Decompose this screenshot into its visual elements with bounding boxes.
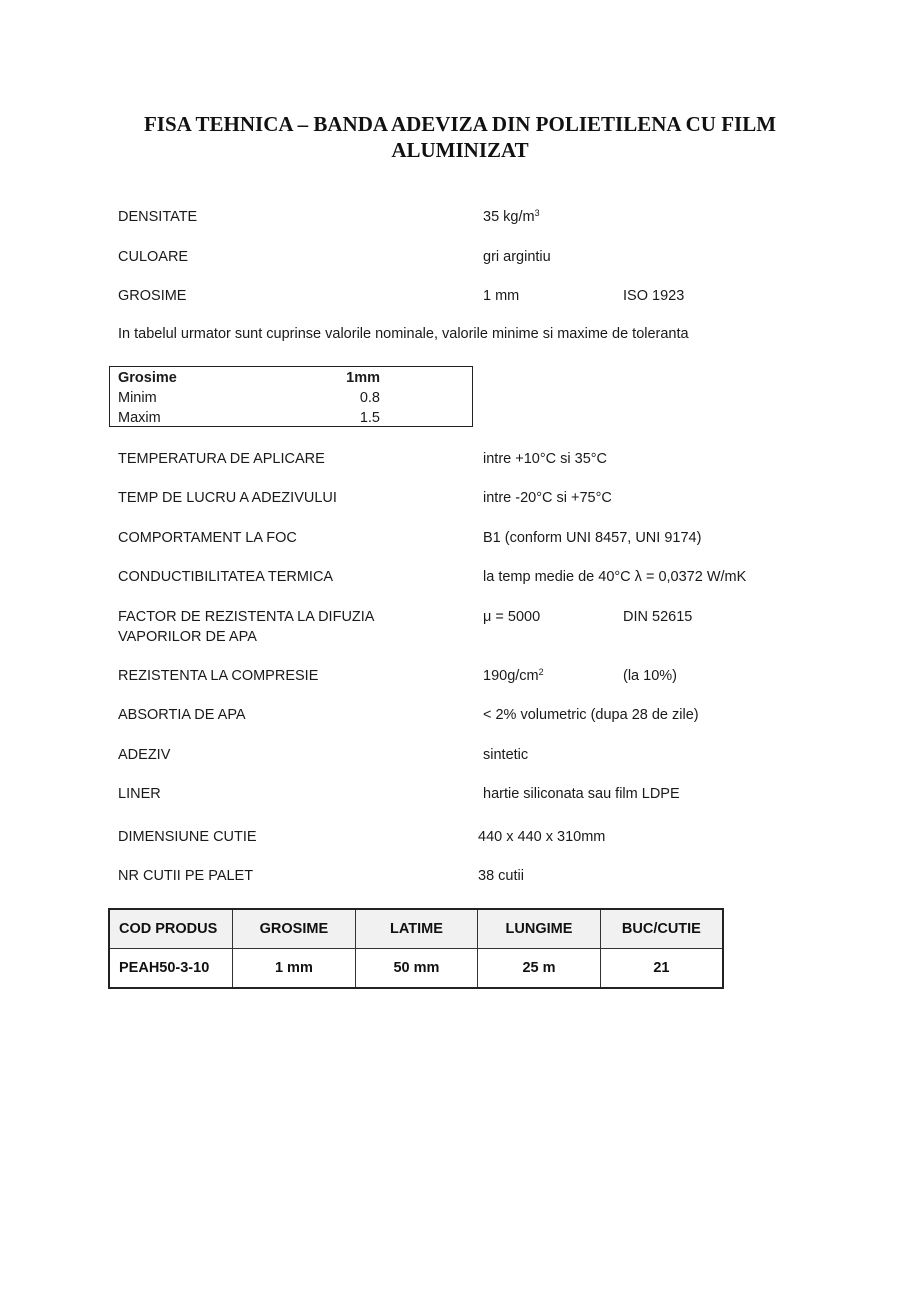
tolerance-row-label: Minim (118, 388, 157, 408)
tolerance-header-value: 1mm (346, 368, 380, 388)
cell-buc-cutie: 21 (600, 949, 723, 989)
label-line-1: FACTOR DE REZISTENTA LA DIFUZIA (118, 607, 374, 627)
property-standard-factor-difuzie: DIN 52615 (623, 607, 692, 627)
tolerance-row-value: 1.5 (360, 408, 380, 428)
table-row: PEAH50-3-10 1 mm 50 mm 25 m 21 (109, 949, 723, 989)
document-page: FISA TEHNICA – BANDA ADEVIZA DIN POLIETI… (0, 0, 920, 1301)
product-table: COD PRODUS GROSIME LATIME LUNGIME BUC/CU… (108, 908, 724, 989)
header-buc-cutie: BUC/CUTIE (600, 909, 723, 949)
tolerance-table: Grosime 1mm Minim 0.8 Maxim 1.5 (109, 366, 473, 427)
property-label-conductibilitate: CONDUCTIBILITATEA TERMICA (118, 567, 333, 587)
property-value-comportament-foc: B1 (conform UNI 8457, UNI 9174) (483, 528, 701, 548)
property-label-comportament-foc: COMPORTAMENT LA FOC (118, 528, 297, 548)
cell-lungime: 25 m (478, 949, 601, 989)
label-line-2: VAPORILOR DE APA (118, 627, 374, 647)
property-label-densitate: DENSITATE (118, 207, 197, 227)
compression-exponent: 2 (539, 667, 544, 677)
header-cod-produs: COD PRODUS (109, 909, 233, 949)
density-exponent: 3 (535, 208, 540, 218)
property-value-dimensiune-cutie: 440 x 440 x 310mm (478, 827, 605, 847)
property-extra-compresie: (la 10%) (623, 666, 677, 686)
tolerance-header-row: Grosime 1mm (118, 368, 380, 388)
property-value-adeziv: sintetic (483, 745, 528, 765)
property-label-adeziv: ADEZIV (118, 745, 170, 765)
compression-value: 190g/cm (483, 668, 539, 684)
cell-cod-produs: PEAH50-3-10 (109, 949, 233, 989)
property-value-absortie: < 2% volumetric (dupa 28 de zile) (483, 705, 699, 725)
tolerance-row-value: 0.8 (360, 388, 380, 408)
property-value-temperatura-aplicare: intre +10°C si 35°C (483, 449, 607, 469)
tolerance-note: In tabelul urmator sunt cuprinse valoril… (118, 326, 689, 342)
property-label-culoare: CULOARE (118, 247, 188, 267)
title-line-2: ALUMINIZAT (100, 137, 820, 163)
property-label-factor-difuzie: FACTOR DE REZISTENTA LA DIFUZIA VAPORILO… (118, 607, 374, 647)
property-label-dimensiune-cutie: DIMENSIUNE CUTIE (118, 827, 257, 847)
title-line-1: FISA TEHNICA – BANDA ADEVIZA DIN POLIETI… (100, 111, 820, 137)
cell-grosime: 1 mm (233, 949, 356, 989)
property-value-factor-difuzie: μ = 5000 (483, 607, 540, 627)
property-value-liner: hartie siliconata sau film LDPE (483, 784, 680, 804)
product-table-header-row: COD PRODUS GROSIME LATIME LUNGIME BUC/CU… (109, 909, 723, 949)
property-label-grosime: GROSIME (118, 286, 186, 306)
document-title: FISA TEHNICA – BANDA ADEVIZA DIN POLIETI… (100, 111, 820, 163)
header-lungime: LUNGIME (478, 909, 601, 949)
property-label-temperatura-aplicare: TEMPERATURA DE APLICARE (118, 449, 325, 469)
property-label-nr-cutii: NR CUTII PE PALET (118, 866, 253, 886)
tolerance-header-label: Grosime (118, 368, 177, 388)
property-label-compresie: REZISTENTA LA COMPRESIE (118, 666, 318, 686)
property-label-temp-lucru: TEMP DE LUCRU A ADEZIVULUI (118, 488, 337, 508)
property-value-compresie: 190g/cm2 (483, 666, 544, 686)
property-label-liner: LINER (118, 784, 161, 804)
tolerance-row-minim: Minim 0.8 (118, 388, 380, 408)
cell-latime: 50 mm (355, 949, 477, 989)
header-latime: LATIME (355, 909, 477, 949)
density-value: 35 kg/m (483, 209, 535, 225)
property-value-conductibilitate: la temp medie de 40°C λ = 0,0372 W/mK (483, 567, 746, 587)
property-value-nr-cutii: 38 cutii (478, 866, 524, 886)
tolerance-row-maxim: Maxim 1.5 (118, 408, 380, 428)
property-label-absortie: ABSORTIA DE APA (118, 705, 246, 725)
tolerance-row-label: Maxim (118, 408, 161, 428)
property-value-temp-lucru: intre -20°C si +75°C (483, 488, 612, 508)
property-standard-grosime: ISO 1923 (623, 286, 684, 306)
property-value-densitate: 35 kg/m3 (483, 207, 540, 227)
property-value-culoare: gri argintiu (483, 247, 551, 267)
property-value-grosime: 1 mm (483, 286, 519, 306)
header-grosime: GROSIME (233, 909, 356, 949)
